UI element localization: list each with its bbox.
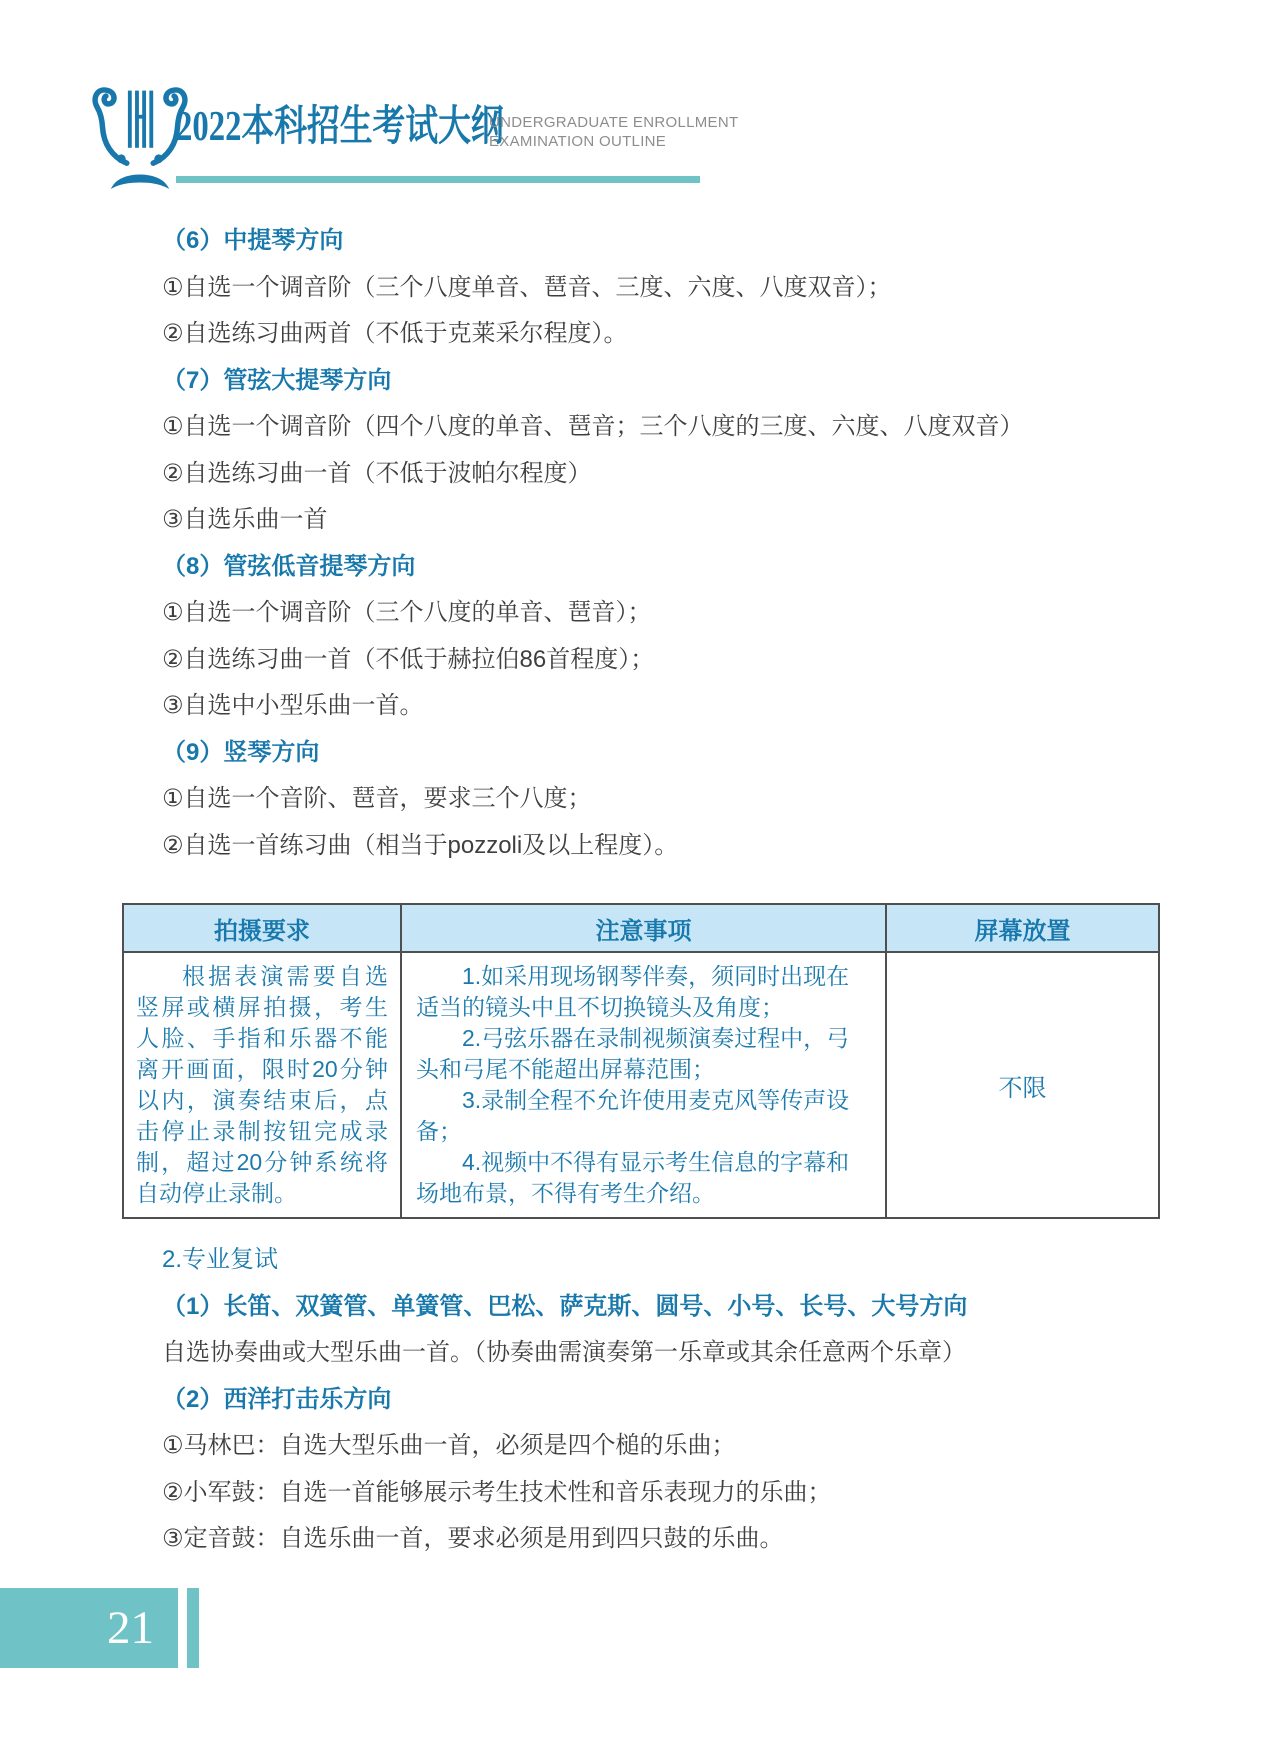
- page-number-accent-bar: [187, 1588, 199, 1668]
- main-content: （6）中提琴方向①自选一个调音阶（三个八度单音、琶音、三度、六度、八度双音）；②…: [122, 218, 1158, 1563]
- text-line-body: ②自选练习曲两首（不低于克莱采尔程度）。: [122, 311, 1158, 358]
- col-header-notes: 注意事项: [401, 904, 886, 952]
- text-line-note: 2.弓弦乐器在录制视频演奏过程中，弓头和弓尾不能超出屏幕范围；: [416, 1023, 871, 1085]
- text-line-body: ②自选一首练习曲（相当于pozzoli及以上程度）。: [122, 823, 1158, 870]
- text-line-heading: （2）西洋打击乐方向: [122, 1377, 1158, 1424]
- text-line-note: 3.录制全程不允许使用麦克风等传声设备；: [416, 1085, 871, 1147]
- subtitle-line-1: UNDERGRADUATE ENROLLMENT: [489, 113, 738, 132]
- page-title: 2022本科招生考试大纲: [176, 104, 504, 150]
- text-line-body: ②自选练习曲一首（不低于波帕尔程度）: [122, 451, 1158, 498]
- content-blocks-top: （6）中提琴方向①自选一个调音阶（三个八度单音、琶音、三度、六度、八度双音）；②…: [122, 218, 1158, 869]
- page-number: 21: [107, 1601, 154, 1655]
- text-line-note: 4.视频中不得有显示考生信息的字幕和场地布景，不得有考生介绍。: [416, 1147, 871, 1209]
- text-line-body: ①自选一个调音阶（三个八度的单音、琶音）；: [122, 590, 1158, 637]
- table-body-row: 根据表演需要自选竖屏或横屏拍摄，考生人脸、手指和乐器不能离开画面，限时20分钟以…: [123, 952, 1159, 1218]
- content-blocks-bottom: 2.专业复试（1）长笛、双簧管、单簧管、巴松、萨克斯、圆号、小号、长号、大号方向…: [122, 1237, 1158, 1563]
- text-line-body: ①自选一个音阶、琶音，要求三个八度；: [122, 776, 1158, 823]
- text-line-note: 1.如采用现场钢琴伴奏，须同时出现在适当的镜头中且不切换镜头及角度；: [416, 961, 871, 1023]
- text-line-heading: （1）长笛、双簧管、单簧管、巴松、萨克斯、圆号、小号、长号、大号方向: [122, 1284, 1158, 1331]
- text-line-body: ③定音鼓：自选乐曲一首，要求必须是用到四只鼓的乐曲。: [122, 1516, 1158, 1563]
- text-line-body: ②自选练习曲一首（不低于赫拉伯86首程度）；: [122, 637, 1158, 684]
- page-number-badge: 21: [0, 1588, 178, 1668]
- table-header-row: 拍摄要求 注意事项 屏幕放置: [123, 904, 1159, 952]
- shooting-requirements-text: 根据表演需要自选竖屏或横屏拍摄，考生人脸、手指和乐器不能离开画面，限时20分钟以…: [136, 961, 388, 1209]
- text-line-heading: （8）管弦低音提琴方向: [122, 544, 1158, 591]
- text-line-body: 自选协奏曲或大型乐曲一首。（协奏曲需演奏第一乐章或其余任意两个乐章）: [122, 1330, 1158, 1377]
- document-page: 2022本科招生考试大纲 UNDERGRADUATE ENROLLMENT EX…: [0, 0, 1280, 1748]
- col-header-screen-placement: 屏幕放置: [886, 904, 1159, 952]
- cell-screen-placement: 不限: [886, 952, 1159, 1218]
- text-line-heading: （7）管弦大提琴方向: [122, 358, 1158, 405]
- subtitle-line-2: EXAMINATION OUTLINE: [489, 132, 738, 151]
- recording-requirements-table: 拍摄要求 注意事项 屏幕放置 根据表演需要自选竖屏或横屏拍摄，考生人脸、手指和乐…: [122, 903, 1160, 1219]
- text-line-heading: （9）竖琴方向: [122, 730, 1158, 777]
- cell-notes: 1.如采用现场钢琴伴奏，须同时出现在适当的镜头中且不切换镜头及角度；2.弓弦乐器…: [401, 952, 886, 1218]
- title-underline: [176, 176, 700, 183]
- text-line-body: ①自选一个调音阶（四个八度的单音、琶音；三个八度的三度、六度、八度双音）: [122, 404, 1158, 451]
- text-line-body: ②小军鼓：自选一首能够展示考生技术性和音乐表现力的乐曲；: [122, 1470, 1158, 1517]
- col-header-shooting-requirements: 拍摄要求: [123, 904, 401, 952]
- cell-shooting-requirements: 根据表演需要自选竖屏或横屏拍摄，考生人脸、手指和乐器不能离开画面，限时20分钟以…: [123, 952, 401, 1218]
- text-line-heading: （6）中提琴方向: [122, 218, 1158, 265]
- page-subtitle: UNDERGRADUATE ENROLLMENT EXAMINATION OUT…: [489, 113, 738, 151]
- text-line-subheading: 2.专业复试: [122, 1237, 1158, 1284]
- text-line-body: ③自选中小型乐曲一首。: [122, 683, 1158, 730]
- text-line-body: ①马林巴：自选大型乐曲一首，必须是四个槌的乐曲；: [122, 1423, 1158, 1470]
- text-line-body: ③自选乐曲一首: [122, 497, 1158, 544]
- text-line-body: ①自选一个调音阶（三个八度单音、琶音、三度、六度、八度双音）；: [122, 265, 1158, 312]
